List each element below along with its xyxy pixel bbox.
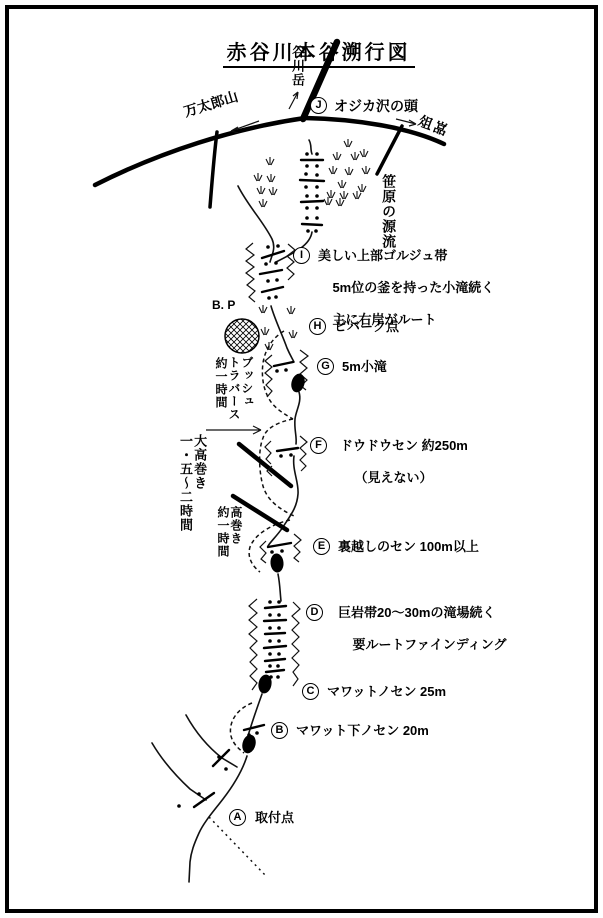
point-circle-A: A [229,809,246,826]
label-takamaki: 高巻き 約一時間 [216,506,242,558]
point-circle-B: B [271,722,288,739]
label-bivouac-bp: B. P [212,297,235,313]
point-circle-E: E [313,538,330,555]
point-circle-C: C [302,683,319,700]
point-label-J: オジカ沢の頭 [334,98,418,114]
point-circle-D: D [306,604,323,621]
label-sasahara-genryu: 笹原の源流 [381,174,396,249]
point-label-D: 巨岩帯20〜30mの滝場続く 要ルートファインディング [338,605,507,653]
point-label-G: 5m小滝 [342,359,387,375]
point-label-I-line1: 美しい上部ゴルジュ帯 [318,248,447,263]
point-label-E: 裏越しのセン 100m以上 [338,539,479,555]
map-title: 赤谷川本谷溯行図 [223,36,415,68]
sawanobori-route-map: 赤谷川本谷溯行図 谷川岳 万太郎山 俎嵓 笹原の源流 ブッシュ トラバース 約一… [0,0,603,918]
point-label-F-line2: （見えない） [354,470,432,485]
bivouac-circle [225,319,259,353]
point-label-I: 美しい上部ゴルジュ帯 5m位の釜を持った小滝続く 主に右岸がルート [318,248,494,328]
point-label-B: マワット下ノセン 20m [296,723,429,739]
point-label-D-line1: 巨岩帯20〜30mの滝場続く [338,605,495,620]
label-bush-traverse-time: 約一時間 [214,357,227,409]
peak-label-tanigawadake: 谷川岳 [290,45,304,87]
point-circle-F: F [310,437,327,454]
point-circle-I: I [293,247,310,264]
point-label-D-line2: 要ルートファインディング [352,637,506,652]
label-bush-traverse: ブッシュ トラバース [227,356,253,421]
point-label-H: ビバーク点 [334,319,399,335]
point-circle-J: J [310,97,327,114]
point-label-A: 取付点 [255,810,294,826]
gorge-zigzag-marks [246,243,308,690]
point-label-F-line1: ドウドウセン 約250m [340,438,468,453]
label-otakamaki: 大高巻き 一・五〜二時間 [178,434,206,532]
point-circle-G: G [317,358,334,375]
point-label-F: ドウドウセン 約250m （見えない） [340,438,468,486]
point-label-I-line2: 5m位の釜を持った小滝続く [332,280,494,295]
point-label-C: マワットノセン 25m [327,684,446,700]
route-drawing [0,0,603,918]
point-circle-H: H [309,318,326,335]
